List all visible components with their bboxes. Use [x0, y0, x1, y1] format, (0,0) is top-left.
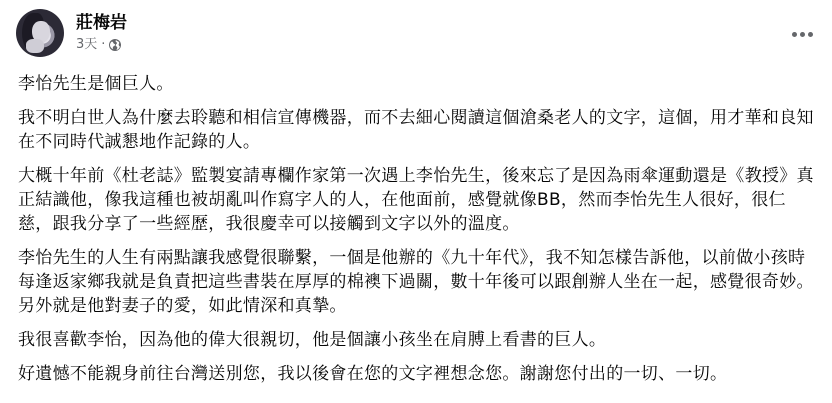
post-timestamp[interactable]: 3天	[76, 36, 97, 54]
post-subline: 3天 ·	[76, 36, 127, 54]
post-paragraph: 李怡先生的人生有兩點讓我感覺很聯繫，一個是他辦的《九十年代》，我不知怎樣告訴他，…	[18, 246, 818, 318]
post-meta: 莊梅岩 3天 ·	[76, 12, 127, 54]
post-paragraph: 大概十年前《杜老誌》監製宴請專欄作家第一次遇上李怡先生，後來忘了是因為雨傘運動還…	[18, 164, 818, 236]
globe-icon[interactable]	[109, 39, 121, 51]
avatar-hand-shape	[26, 39, 44, 53]
more-dot-icon	[800, 32, 805, 37]
separator-dot: ·	[101, 36, 105, 54]
post-paragraph: 李怡先生是個巨人。	[18, 72, 818, 96]
facebook-post: 莊梅岩 3天 · 李怡先生是個巨人。 我不明白世人為什麼去聆聽和相信宣傳機器，而…	[0, 0, 832, 403]
author-name[interactable]: 莊梅岩	[76, 12, 127, 34]
author-avatar[interactable]	[16, 9, 64, 57]
post-header: 莊梅岩 3天 ·	[16, 11, 127, 55]
more-options-button[interactable]	[788, 24, 816, 44]
post-paragraph: 好遺憾不能親身前往台灣送別您，我以後會在您的文字裡想念您。謝謝您付出的一切、一切…	[18, 362, 818, 386]
more-dot-icon	[792, 32, 797, 37]
more-dot-icon	[808, 32, 813, 37]
post-paragraph: 我不明白世人為什麼去聆聽和相信宣傳機器，而不去細心閱讀這個滄桑老人的文字，這個，…	[18, 106, 818, 154]
post-body: 李怡先生是個巨人。 我不明白世人為什麼去聆聽和相信宣傳機器，而不去細心閱讀這個滄…	[18, 72, 818, 396]
post-paragraph: 我很喜歡李怡，因為他的偉大很親切，他是個讓小孩坐在肩膊上看書的巨人。	[18, 328, 818, 352]
